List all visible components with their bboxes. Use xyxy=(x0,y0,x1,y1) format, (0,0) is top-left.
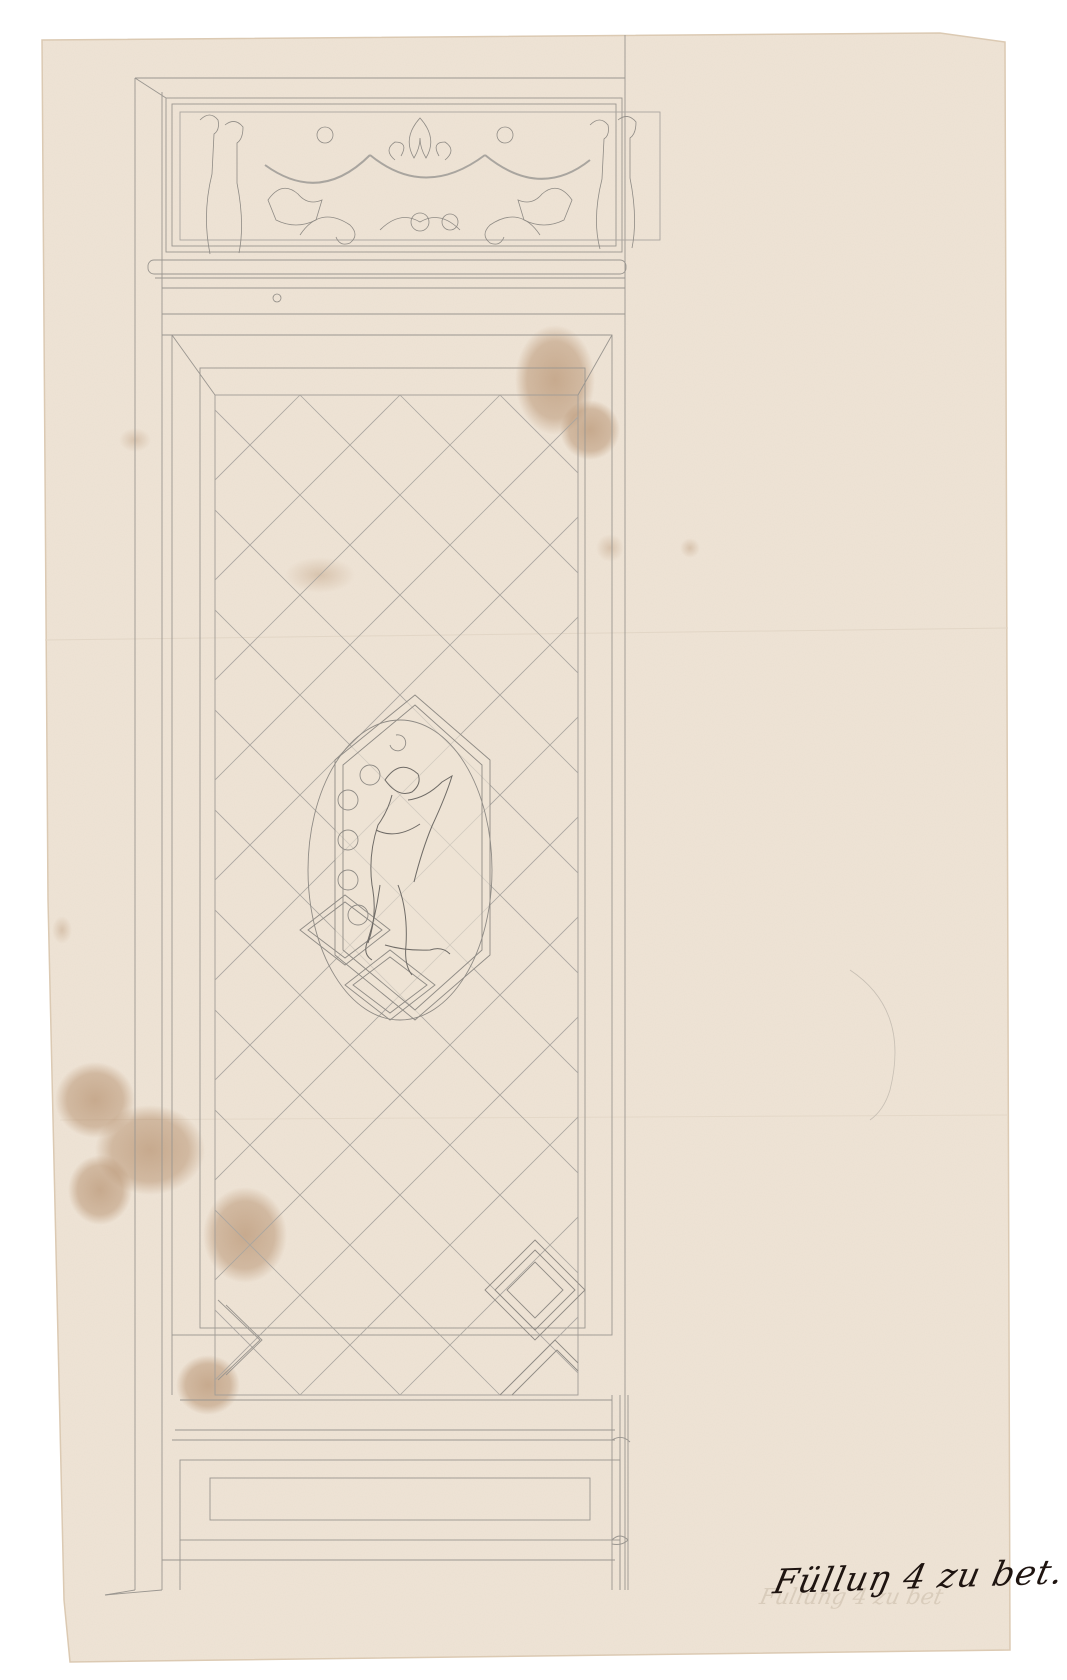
paper-sheet xyxy=(42,33,1010,1662)
drawing-sheet xyxy=(0,0,1067,1680)
handwritten-inscription: Fülluŋ 4 zu bet. xyxy=(768,1544,1033,1613)
